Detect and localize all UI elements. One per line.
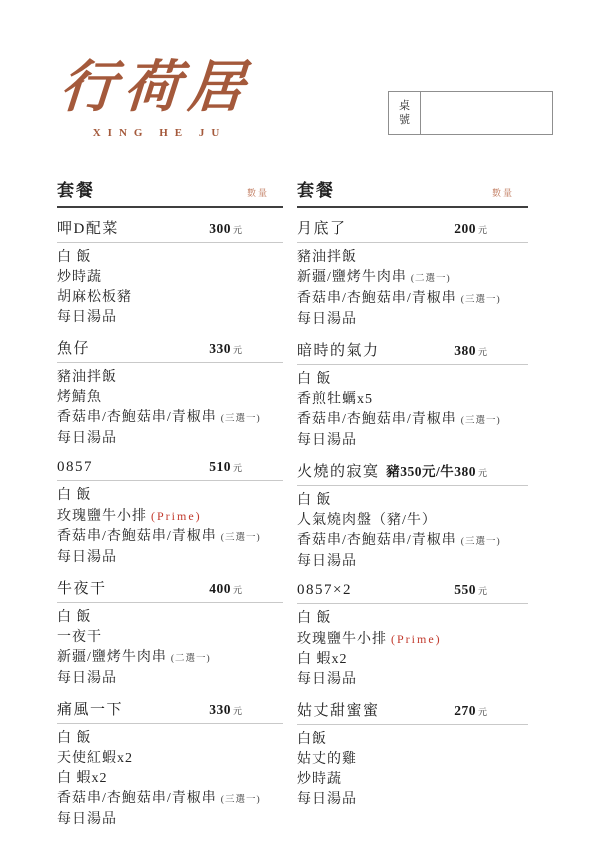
set-meal-name: 火燒的寂寞	[297, 460, 380, 481]
choice-note: (三選一)	[461, 295, 501, 305]
table-number-blank-field	[421, 92, 552, 134]
component-item: 白 飯	[57, 486, 283, 506]
column-header: 套餐 數量	[297, 176, 528, 208]
component-item: 一夜干	[57, 628, 283, 648]
component-item: 香煎牡蠣x5	[297, 390, 528, 410]
component-item: 姑丈的雞	[297, 750, 528, 770]
set-meal-name: 暗時的氣力	[297, 339, 380, 360]
component-item: 白 飯	[57, 608, 283, 628]
component-item: 香菇串/杏鮑菇串/青椒串(三選一)	[297, 531, 528, 552]
component-item: 香菇串/杏鮑菇串/青椒串(三選一)	[57, 789, 283, 810]
quantity-label: 數量	[247, 186, 269, 201]
set-meal-name: 月底了	[297, 217, 347, 238]
menu-section-0857: 0857 510元 白 飯 玫瑰鹽牛小排(Prime) 香菇串/杏鮑菇串/青椒串…	[57, 455, 283, 568]
column-title: 套餐	[297, 176, 335, 201]
set-meal-name: 0857	[57, 459, 93, 476]
component-item: 每日湯品	[297, 552, 528, 572]
choice-note: (二選一)	[411, 274, 451, 284]
component-item: 白 飯	[297, 370, 528, 390]
component-item: 豬油拌飯	[297, 248, 528, 268]
choice-note: (三選一)	[221, 414, 261, 424]
component-item: 每日湯品	[57, 810, 283, 830]
component-item: 新疆/鹽烤牛肉串(二選一)	[297, 268, 528, 289]
menu-section-burning-loneliness: 火燒的寂寞 豬350元/牛380元 白 飯 人氣燒肉盤（豬/牛） 香菇串/杏鮑菇…	[297, 457, 528, 572]
menu-section-evening-energy: 暗時的氣力 380元 白 飯 香煎牡蠣x5 香菇串/杏鮑菇串/青椒串(三選一) …	[297, 336, 528, 451]
set-meal-name: 姑丈甜蜜蜜	[297, 699, 380, 720]
component-item: 白 飯	[57, 729, 283, 749]
component-item: 每日湯品	[297, 310, 528, 330]
quantity-label: 數量	[492, 186, 514, 201]
component-item: 玫瑰鹽牛小排(Prime)	[57, 506, 283, 527]
menu-section-uncle-sweet: 姑丈甜蜜蜜 270元 白飯 姑丈的雞 炒時蔬 每日湯品	[297, 696, 528, 810]
set-meal-price: 550元	[454, 581, 487, 599]
component-item: 人氣燒肉盤（豬/牛）	[297, 511, 528, 531]
component-item: 白 蝦x2	[297, 650, 528, 670]
set-meal-name: 牛夜干	[57, 577, 107, 598]
restaurant-logo: 行荷居 XING HE JU	[46, 52, 266, 139]
menu-section-end-of-month: 月底了 200元 豬油拌飯 新疆/鹽烤牛肉串(二選一) 香菇串/杏鮑菇串/青椒串…	[297, 214, 528, 330]
menu-section-0857x2: 0857×2 550元 白 飯 玫瑰鹽牛小排(Prime) 白 蝦x2 每日湯品	[297, 578, 528, 690]
component-item: 白飯	[297, 730, 528, 750]
set-meal-price: 200元	[454, 220, 487, 238]
choice-note: (三選一)	[461, 416, 501, 426]
set-meal-price: 豬350元/牛380元	[386, 460, 487, 481]
menu-section-ka-d-dishes: 呷D配菜 300元 白 飯 炒時蔬 胡麻松板豬 每日湯品	[57, 214, 283, 328]
component-item: 白 飯	[57, 248, 283, 268]
component-item: 每日湯品	[297, 670, 528, 690]
menu-section-fish: 魚仔 330元 豬油拌飯 烤鯖魚 香菇串/杏鮑菇串/青椒串(三選一) 每日湯品	[57, 334, 283, 449]
set-meal-price: 400元	[209, 580, 242, 598]
prime-note: (Prime)	[391, 632, 442, 646]
component-item: 香菇串/杏鮑菇串/青椒串(三選一)	[297, 289, 528, 310]
component-item: 每日湯品	[57, 429, 283, 449]
choice-note: (二選一)	[171, 654, 211, 664]
menu-column-right: 套餐 數量 月底了 200元 豬油拌飯 新疆/鹽烤牛肉串(二選一) 香菇串/杏鮑…	[297, 176, 528, 810]
choice-note: (三選一)	[221, 795, 261, 805]
component-item: 香菇串/杏鮑菇串/青椒串(三選一)	[297, 410, 528, 431]
choice-note: (三選一)	[221, 533, 261, 543]
set-meal-price: 330元	[209, 340, 242, 358]
prime-note: (Prime)	[151, 509, 202, 523]
component-item: 白 飯	[297, 609, 528, 629]
component-item: 白 蝦x2	[57, 769, 283, 789]
logo-romanized-text: XING HE JU	[46, 127, 266, 139]
component-item: 每日湯品	[57, 548, 283, 568]
set-meal-name: 0857×2	[297, 582, 352, 599]
component-item: 烤鯖魚	[57, 388, 283, 408]
choice-note: (三選一)	[461, 537, 501, 547]
set-meal-price: 270元	[454, 702, 487, 720]
component-item: 天使紅蝦x2	[57, 749, 283, 769]
component-item: 每日湯品	[297, 431, 528, 451]
component-item: 每日湯品	[57, 669, 283, 689]
component-item: 玫瑰鹽牛小排(Prime)	[297, 629, 528, 650]
component-item: 每日湯品	[297, 790, 528, 810]
set-meal-price: 510元	[209, 458, 242, 476]
set-meal-name: 痛風一下	[57, 698, 123, 719]
component-item: 豬油拌飯	[57, 368, 283, 388]
menu-section-gout: 痛風一下 330元 白 飯 天使紅蝦x2 白 蝦x2 香菇串/杏鮑菇串/青椒串(…	[57, 695, 283, 830]
component-item: 胡麻松板豬	[57, 288, 283, 308]
component-item: 炒時蔬	[57, 268, 283, 288]
component-item: 新疆/鹽烤牛肉串(二選一)	[57, 648, 283, 669]
set-meal-price: 330元	[209, 701, 242, 719]
component-item: 香菇串/杏鮑菇串/青椒串(三選一)	[57, 527, 283, 548]
column-title: 套餐	[57, 176, 95, 201]
menu-column-left: 套餐 數量 呷D配菜 300元 白 飯 炒時蔬 胡麻松板豬 每日湯品 魚仔 33…	[57, 176, 283, 830]
component-item: 每日湯品	[57, 308, 283, 328]
logo-calligraphy-text: 行荷居	[43, 52, 268, 125]
set-meal-price: 300元	[209, 220, 242, 238]
component-item: 炒時蔬	[297, 770, 528, 790]
column-header: 套餐 數量	[57, 176, 283, 208]
component-item: 香菇串/杏鮑菇串/青椒串(三選一)	[57, 408, 283, 429]
component-item: 白 飯	[297, 491, 528, 511]
set-meal-price: 380元	[454, 342, 487, 360]
table-number-label: 桌號	[389, 92, 421, 134]
menu-section-beef-yoru: 牛夜干 400元 白 飯 一夜干 新疆/鹽烤牛肉串(二選一) 每日湯品	[57, 574, 283, 689]
set-meal-name: 魚仔	[57, 337, 90, 358]
table-number-box: 桌號	[388, 91, 553, 135]
set-meal-name: 呷D配菜	[57, 217, 119, 238]
